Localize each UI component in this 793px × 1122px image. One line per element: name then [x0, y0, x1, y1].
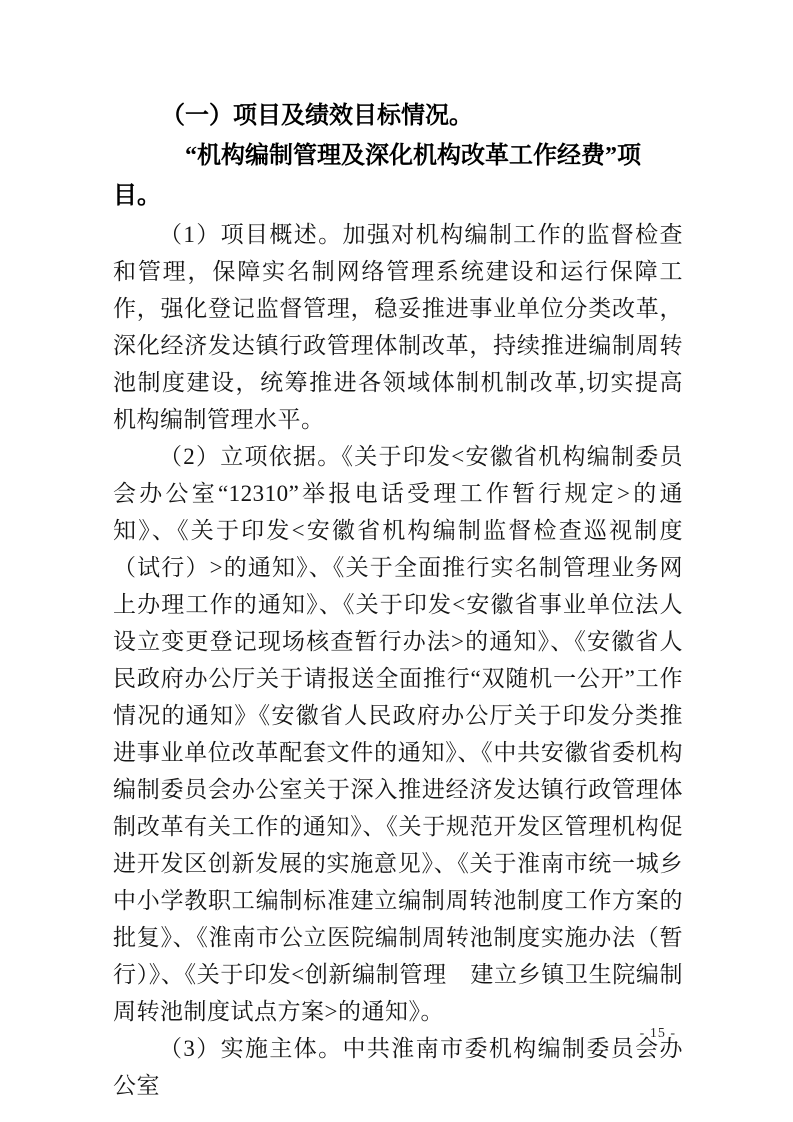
document-page: （一）项目及绩效目标情况。 “机构编制管理及深化机构改革工作经费”项目。 （1）…: [0, 0, 793, 1122]
project-heading: “机构编制管理及深化机构改革工作经费”项目。: [113, 136, 683, 216]
paragraph: （2）立项依据。《关于印发<安徽省机构编制委员会办公室“12310”举报电话受理…: [113, 438, 683, 1030]
page-number: - 15 -: [640, 1026, 676, 1042]
document-content: （一）项目及绩效目标情况。 “机构编制管理及深化机构改革工作经费”项目。 （1）…: [113, 96, 683, 1104]
paragraph: （3）实施主体。中共淮南市委机构编制委员会办公室: [113, 1030, 683, 1104]
paragraph-list: （1）项目概述。加强对机构编制工作的监督检查和管理，保障实名制网络管理系统建设和…: [113, 216, 683, 1104]
paragraph: （1）项目概述。加强对机构编制工作的监督检查和管理，保障实名制网络管理系统建设和…: [113, 216, 683, 438]
section-heading: （一）项目及绩效目标情况。: [113, 96, 683, 136]
